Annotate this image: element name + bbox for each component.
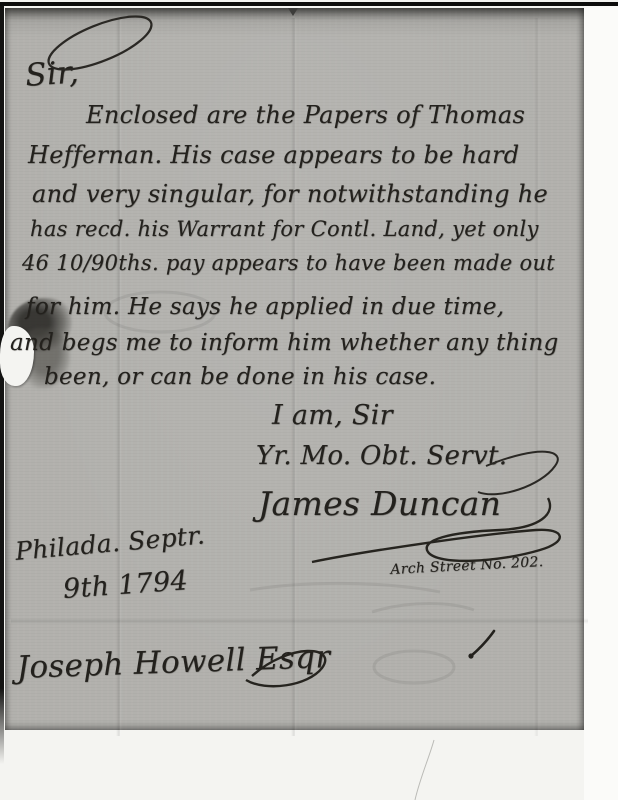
scanner-bed-margin <box>584 6 618 800</box>
letter-line: and very singular, for notwithstanding h… <box>32 180 548 208</box>
closing-line: I am, Sir <box>272 400 393 431</box>
fold-crease <box>534 18 541 736</box>
salutation-line: Sir, <box>24 54 80 94</box>
letter-line: for him. He says he applied in due time, <box>26 294 504 320</box>
scanned-letter-page: Sir, Enclosed are the Papers of Thomas H… <box>0 0 618 800</box>
fold-crease <box>11 618 588 624</box>
letter-line: and begs me to inform him whether any th… <box>10 330 559 356</box>
letter-line: has recd. his Warrant for Contl. Land, y… <box>30 217 539 241</box>
letter-line: been, or can be done in his case. <box>44 364 436 390</box>
signature: James Duncan <box>258 484 501 523</box>
scan-left-edge <box>0 6 4 764</box>
valediction-line: Yr. Mo. Obt. Servt. <box>256 441 507 471</box>
pencil-line <box>415 740 434 800</box>
letter-line: Heffernan. His case appears to be hard <box>28 141 519 169</box>
scanner-edge-line <box>0 2 618 6</box>
letter-line: Enclosed are the Papers of Thomas <box>86 101 525 129</box>
paper-edge-notch <box>288 8 298 16</box>
letter-line: 46 10/90ths. pay appears to have been ma… <box>22 251 555 275</box>
